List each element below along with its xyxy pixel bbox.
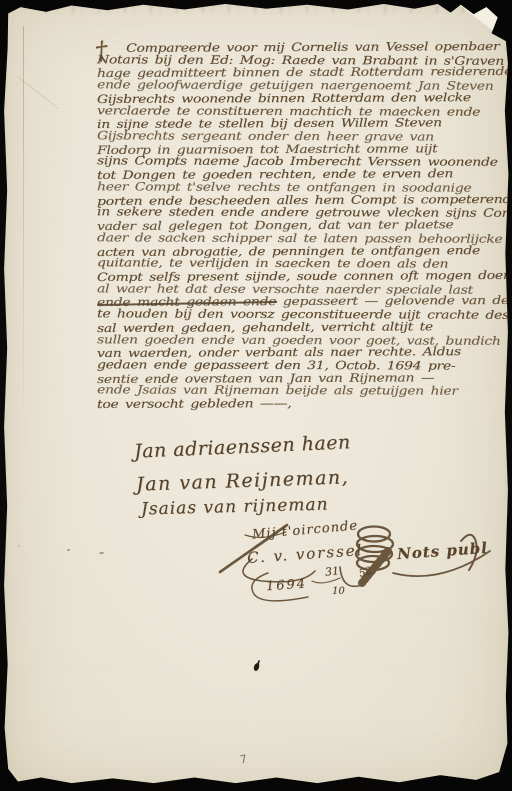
notary-month: 10 (332, 586, 345, 597)
manuscript-text-block: Compareerde voor mij Cornelis van Vessel… (97, 41, 488, 410)
photo-frame: † Compareerde voor mij Cornelis van Vess… (0, 0, 512, 791)
vertical-fold-crease (23, 26, 24, 408)
paper-speck (18, 545, 20, 547)
date-fraction-bar (312, 578, 340, 583)
corner-tear-crease (458, 0, 506, 3)
paper-sheet: † Compareerde voor mij Cornelis van Vess… (0, 0, 512, 791)
notary-day: 31 (324, 564, 339, 578)
paper-speck (67, 549, 70, 551)
notary-year: 1694 (266, 577, 308, 595)
top-edge-dirt (46, 6, 472, 13)
manuscript-line: toe versocht gebleden ——, (97, 396, 488, 411)
